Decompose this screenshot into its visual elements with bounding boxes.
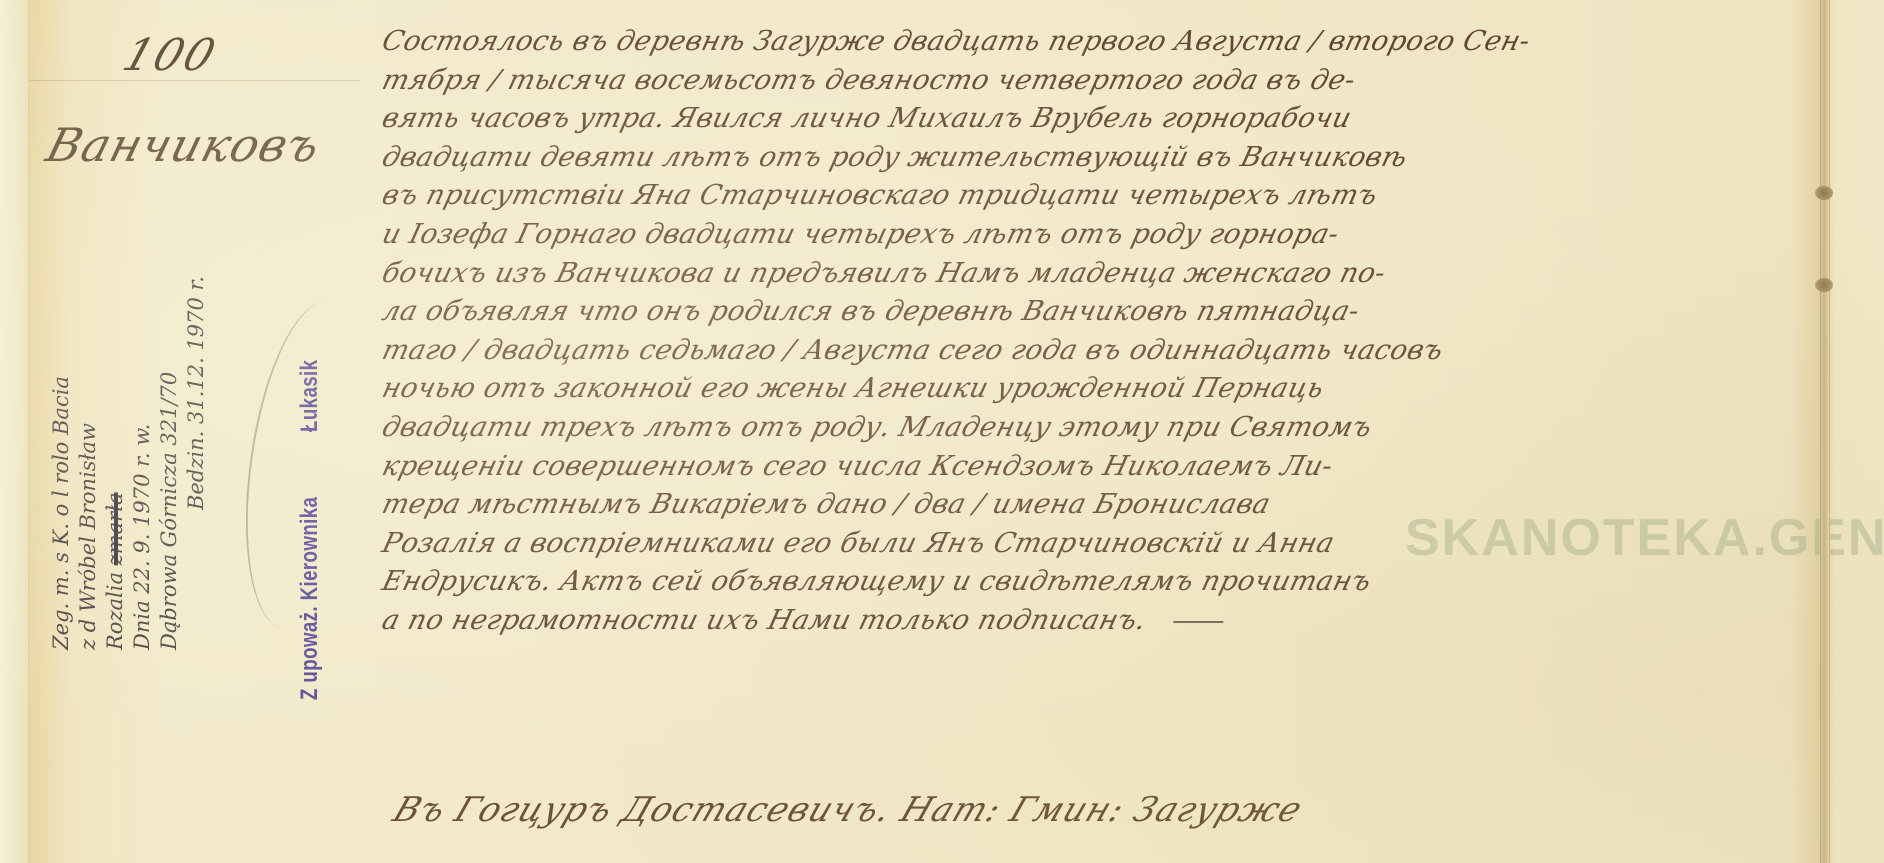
entry-number: 100 <box>117 30 224 81</box>
document-page: 100 Ванчиковъ Zeg. m. s K. o l rolo Baci… <box>0 0 1884 863</box>
record-line-text: а по неграмотности ихъ Нами только подпи… <box>379 604 1150 636</box>
record-line: вять часовъ утра. Явился лично Михаилъ В… <box>378 99 1828 138</box>
record-line-last: а по неграмотности ихъ Нами только подпи… <box>378 601 1828 640</box>
record-line: тября / тысяча восемьсотъ девяносто четв… <box>378 61 1828 100</box>
margin-note-line: Rozalia zmarła <box>102 180 129 650</box>
official-stamp: Z upoważ. Kierownika Łukasik <box>296 339 324 700</box>
record-line: ла объявляя что онъ родился въ деревнѣ В… <box>378 292 1828 331</box>
binding-knot <box>1815 278 1833 292</box>
record-line: Ендрусикъ. Актъ сей объявляющему и свидѣ… <box>378 562 1828 601</box>
struck-word: zmarła <box>103 492 127 565</box>
margin-note-line: Zeg. m. s K. o l rolo Bacia <box>48 180 75 650</box>
record-line: и Iозефа Горнаго двадцати четырехъ лѣтъ … <box>378 215 1828 254</box>
record-line: въ присутствіи Яна Старчиновскаго тридца… <box>378 176 1828 215</box>
closing-dash <box>1173 620 1223 622</box>
watermark: SKANOTEKA.GEN <box>1405 508 1884 568</box>
village-heading: Ванчиковъ <box>41 118 327 172</box>
margin-note-line: Dnia 22. 9. 1970 r. w. <box>129 180 156 650</box>
page-binding-edge <box>1820 0 1830 863</box>
record-line: крещеніи совершенномъ сего числа Ксендзо… <box>378 447 1828 486</box>
record-line: таго / двадцать седьмаго / Августа сего … <box>378 331 1828 370</box>
record-line: бочихъ изъ Ванчикова и предъявилъ Намъ м… <box>378 254 1828 293</box>
margin-note-line: z d Wróbel Bronisław <box>75 180 102 650</box>
officiant-signature: Въ Гогцуръ Достасевичъ. Нат: Гмин: Загур… <box>388 790 1308 830</box>
stamp-text: Z upoważ. Kierownika <box>296 497 324 700</box>
margin-note-line-text: Rozalia zmarła <box>103 492 127 650</box>
record-line: Состоялось въ деревнѣ Загурже двадцать п… <box>378 22 1828 61</box>
page-left-edge <box>0 0 29 863</box>
margin-annotation: Zeg. m. s K. o l rolo Bacia z d Wróbel B… <box>48 180 210 650</box>
record-line: двадцати трехъ лѣтъ отъ роду. Младенцу э… <box>378 408 1828 447</box>
record-line: ночью отъ законной его жены Агнешки урож… <box>378 369 1828 408</box>
margin-note-line: Dąbrowa Górnicza 321/70 <box>156 180 183 650</box>
margin-note-line: Bedzin. 31.12. 1970 r. <box>183 180 210 650</box>
stamp-name: Łukasik <box>296 360 324 432</box>
binding-knot <box>1815 186 1833 200</box>
record-line: двадцати девяти лѣтъ отъ роду жительству… <box>378 138 1828 177</box>
